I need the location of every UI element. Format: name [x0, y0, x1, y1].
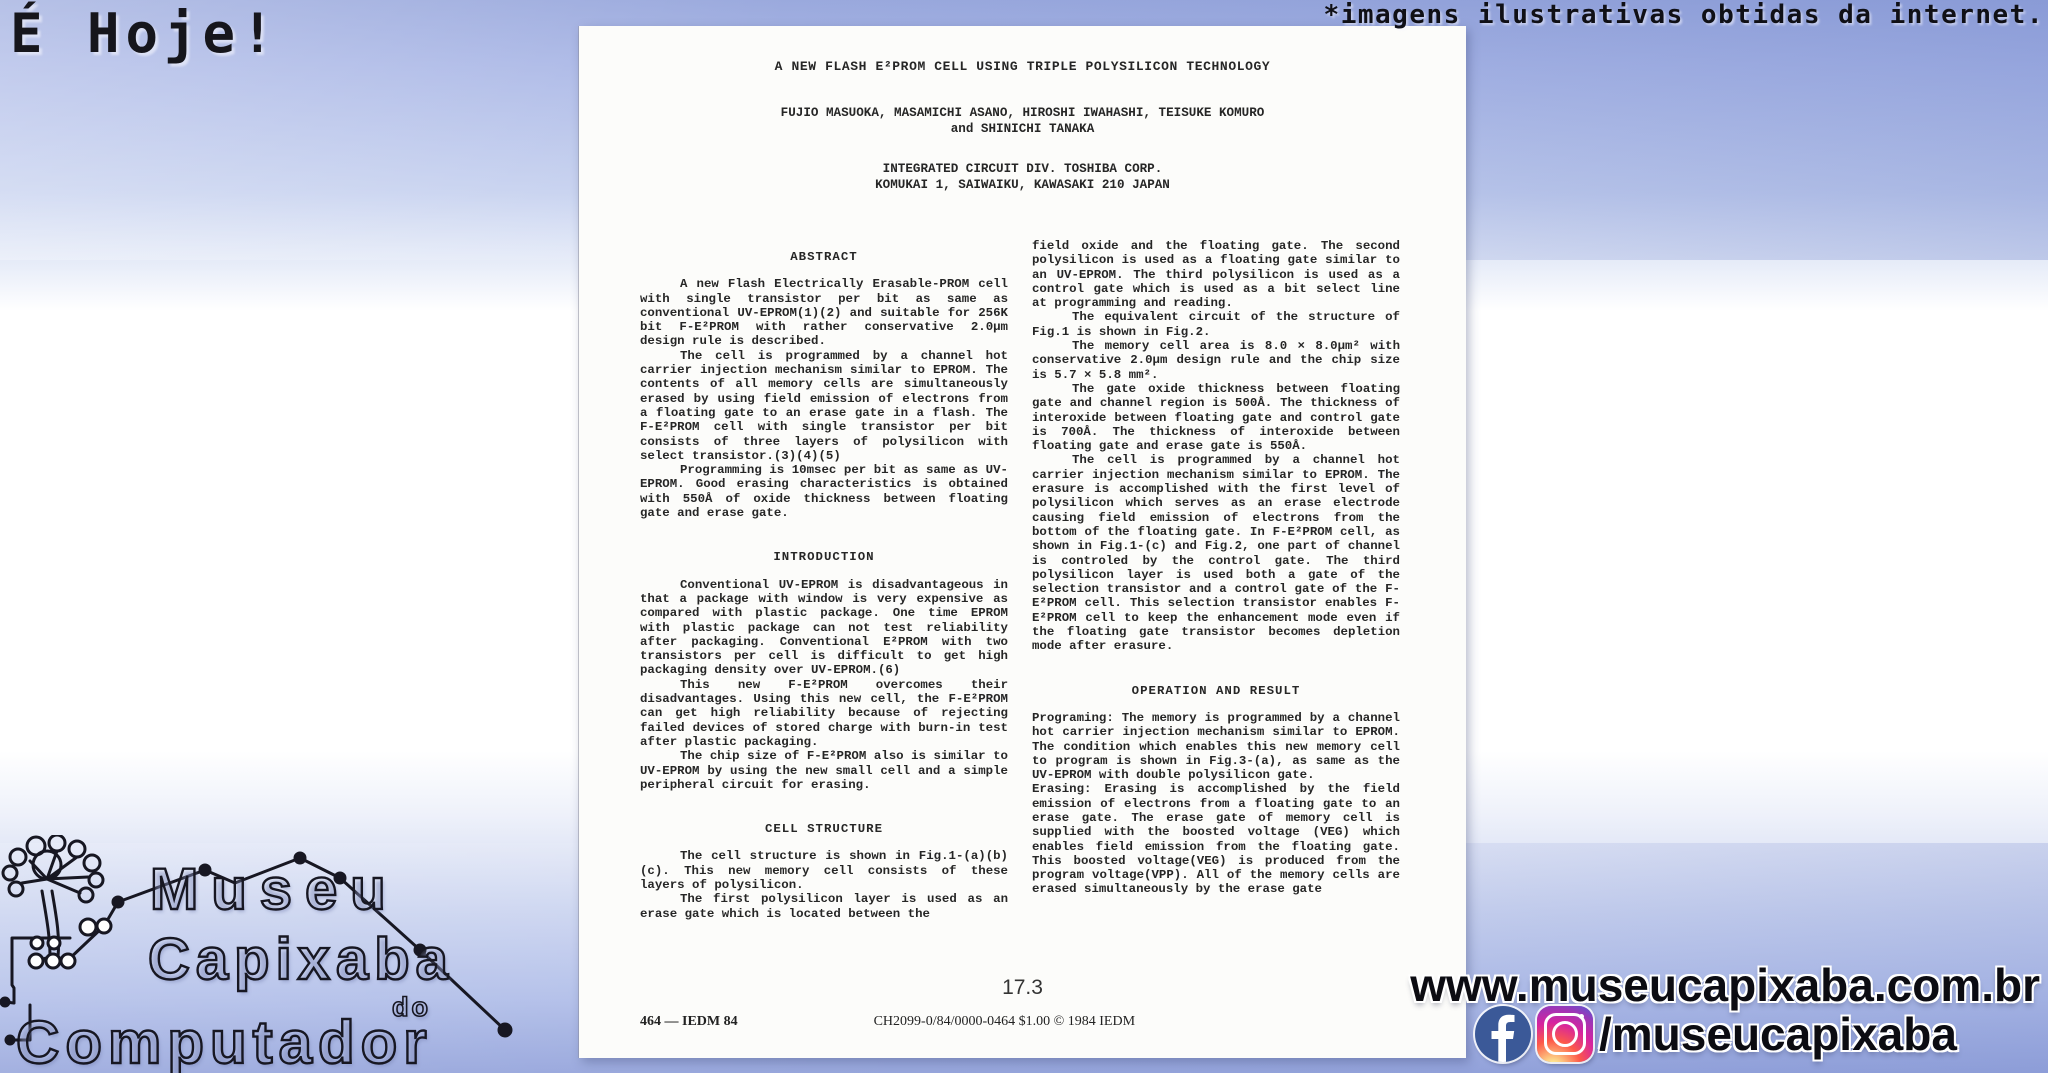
social-handle: /museucapixaba	[1599, 1007, 1957, 1061]
paragraph: Programming is 10msec per bit as same as…	[640, 463, 1008, 520]
paragraph: The cell is programmed by a channel hot …	[640, 349, 1008, 463]
paragraph: This new F-E²PROM overcomes their disadv…	[640, 678, 1008, 749]
image-disclaimer-note: *imagens ilustrativas obtidas da interne…	[1324, 0, 2044, 30]
session-number: 17.3	[579, 976, 1466, 1000]
paragraph: A new Flash Electrically Erasable-PROM c…	[640, 277, 1008, 348]
facebook-icon	[1475, 1006, 1531, 1062]
section-heading: OPERATION AND RESULT	[1032, 684, 1400, 698]
paper-affiliation-line1: INTEGRATED CIRCUIT DIV. TOSHIBA CORP.	[579, 161, 1466, 177]
right-column: field oxide and the floating gate. The s…	[1032, 239, 1400, 987]
paragraph: field oxide and the floating gate. The s…	[1032, 239, 1400, 310]
instagram-lens	[1552, 1021, 1578, 1047]
paper-authors: FUJIO MASUOKA, MASAMICHI ASANO, HIROSHI …	[579, 105, 1466, 137]
section-heading: INTRODUCTION	[640, 550, 1008, 564]
section-heading: ABSTRACT	[640, 250, 1008, 264]
instagram-icon	[1537, 1006, 1593, 1062]
paper-authors-line1: FUJIO MASUOKA, MASAMICHI ASANO, HIROSHI …	[579, 105, 1466, 121]
paper-affiliation: INTEGRATED CIRCUIT DIV. TOSHIBA CORP. KO…	[579, 161, 1466, 193]
logo-museu-text: Museu	[150, 856, 399, 923]
paper-page: A NEW FLASH E²PROM CELL USING TRIPLE POL…	[579, 26, 1466, 1058]
footer-page-label: 464 — IEDM 84	[640, 1014, 738, 1030]
paragraph: Programing: The memory is programmed by …	[1032, 711, 1400, 782]
paragraph: Conventional UV-EPROM is disadvantageous…	[640, 578, 1008, 678]
section-heading: CELL STRUCTURE	[640, 822, 1008, 836]
paper-columns: ABSTRACTA new Flash Electrically Erasabl…	[640, 239, 1400, 987]
paper-authors-line2: and SHINICHI TANAKA	[579, 121, 1466, 137]
social-row: /museucapixaba	[1475, 1006, 1957, 1062]
paragraph: The first polysilicon layer is used as a…	[640, 892, 1008, 921]
paragraph: The gate oxide thickness between floatin…	[1032, 382, 1400, 453]
paragraph: The chip size of F-E²PROM also is simila…	[640, 749, 1008, 792]
logo-computador-text: Computador	[16, 1008, 433, 1073]
paper-affiliation-line2: KOMUKAI 1, SAIWAIKU, KAWASAKI 210 JAPAN	[579, 177, 1466, 193]
paragraph: The equivalent circuit of the structure …	[1032, 310, 1400, 339]
paper-title: A NEW FLASH E²PROM CELL USING TRIPLE POL…	[579, 59, 1466, 74]
logo-capixaba-text: Capixaba	[148, 926, 454, 993]
event-title-text: É Hoje!	[10, 2, 280, 65]
paper-footer: 464 — IEDM 84 CH2099-0/84/0000-0464 $1.0…	[640, 1014, 1400, 1032]
instagram-flash-dot	[1579, 1014, 1584, 1019]
page-background: { "overlay": { "event_text": "É Hoje!", …	[0, 0, 2048, 1073]
footer-copyright: CH2099-0/84/0000-0464 $1.00 © 1984 IEDM	[874, 1014, 1135, 1030]
paragraph: The memory cell area is 8.0 × 8.0μm² wit…	[1032, 339, 1400, 382]
paragraph: Erasing: Erasing is accomplished by the …	[1032, 782, 1400, 896]
left-column: ABSTRACTA new Flash Electrically Erasabl…	[640, 239, 1008, 987]
paragraph: The cell is programmed by a channel hot …	[1032, 453, 1400, 653]
paragraph: The cell structure is shown in Fig.1-(a)…	[640, 849, 1008, 892]
website-url: www.museucapixaba.com.br	[1410, 958, 2040, 1012]
